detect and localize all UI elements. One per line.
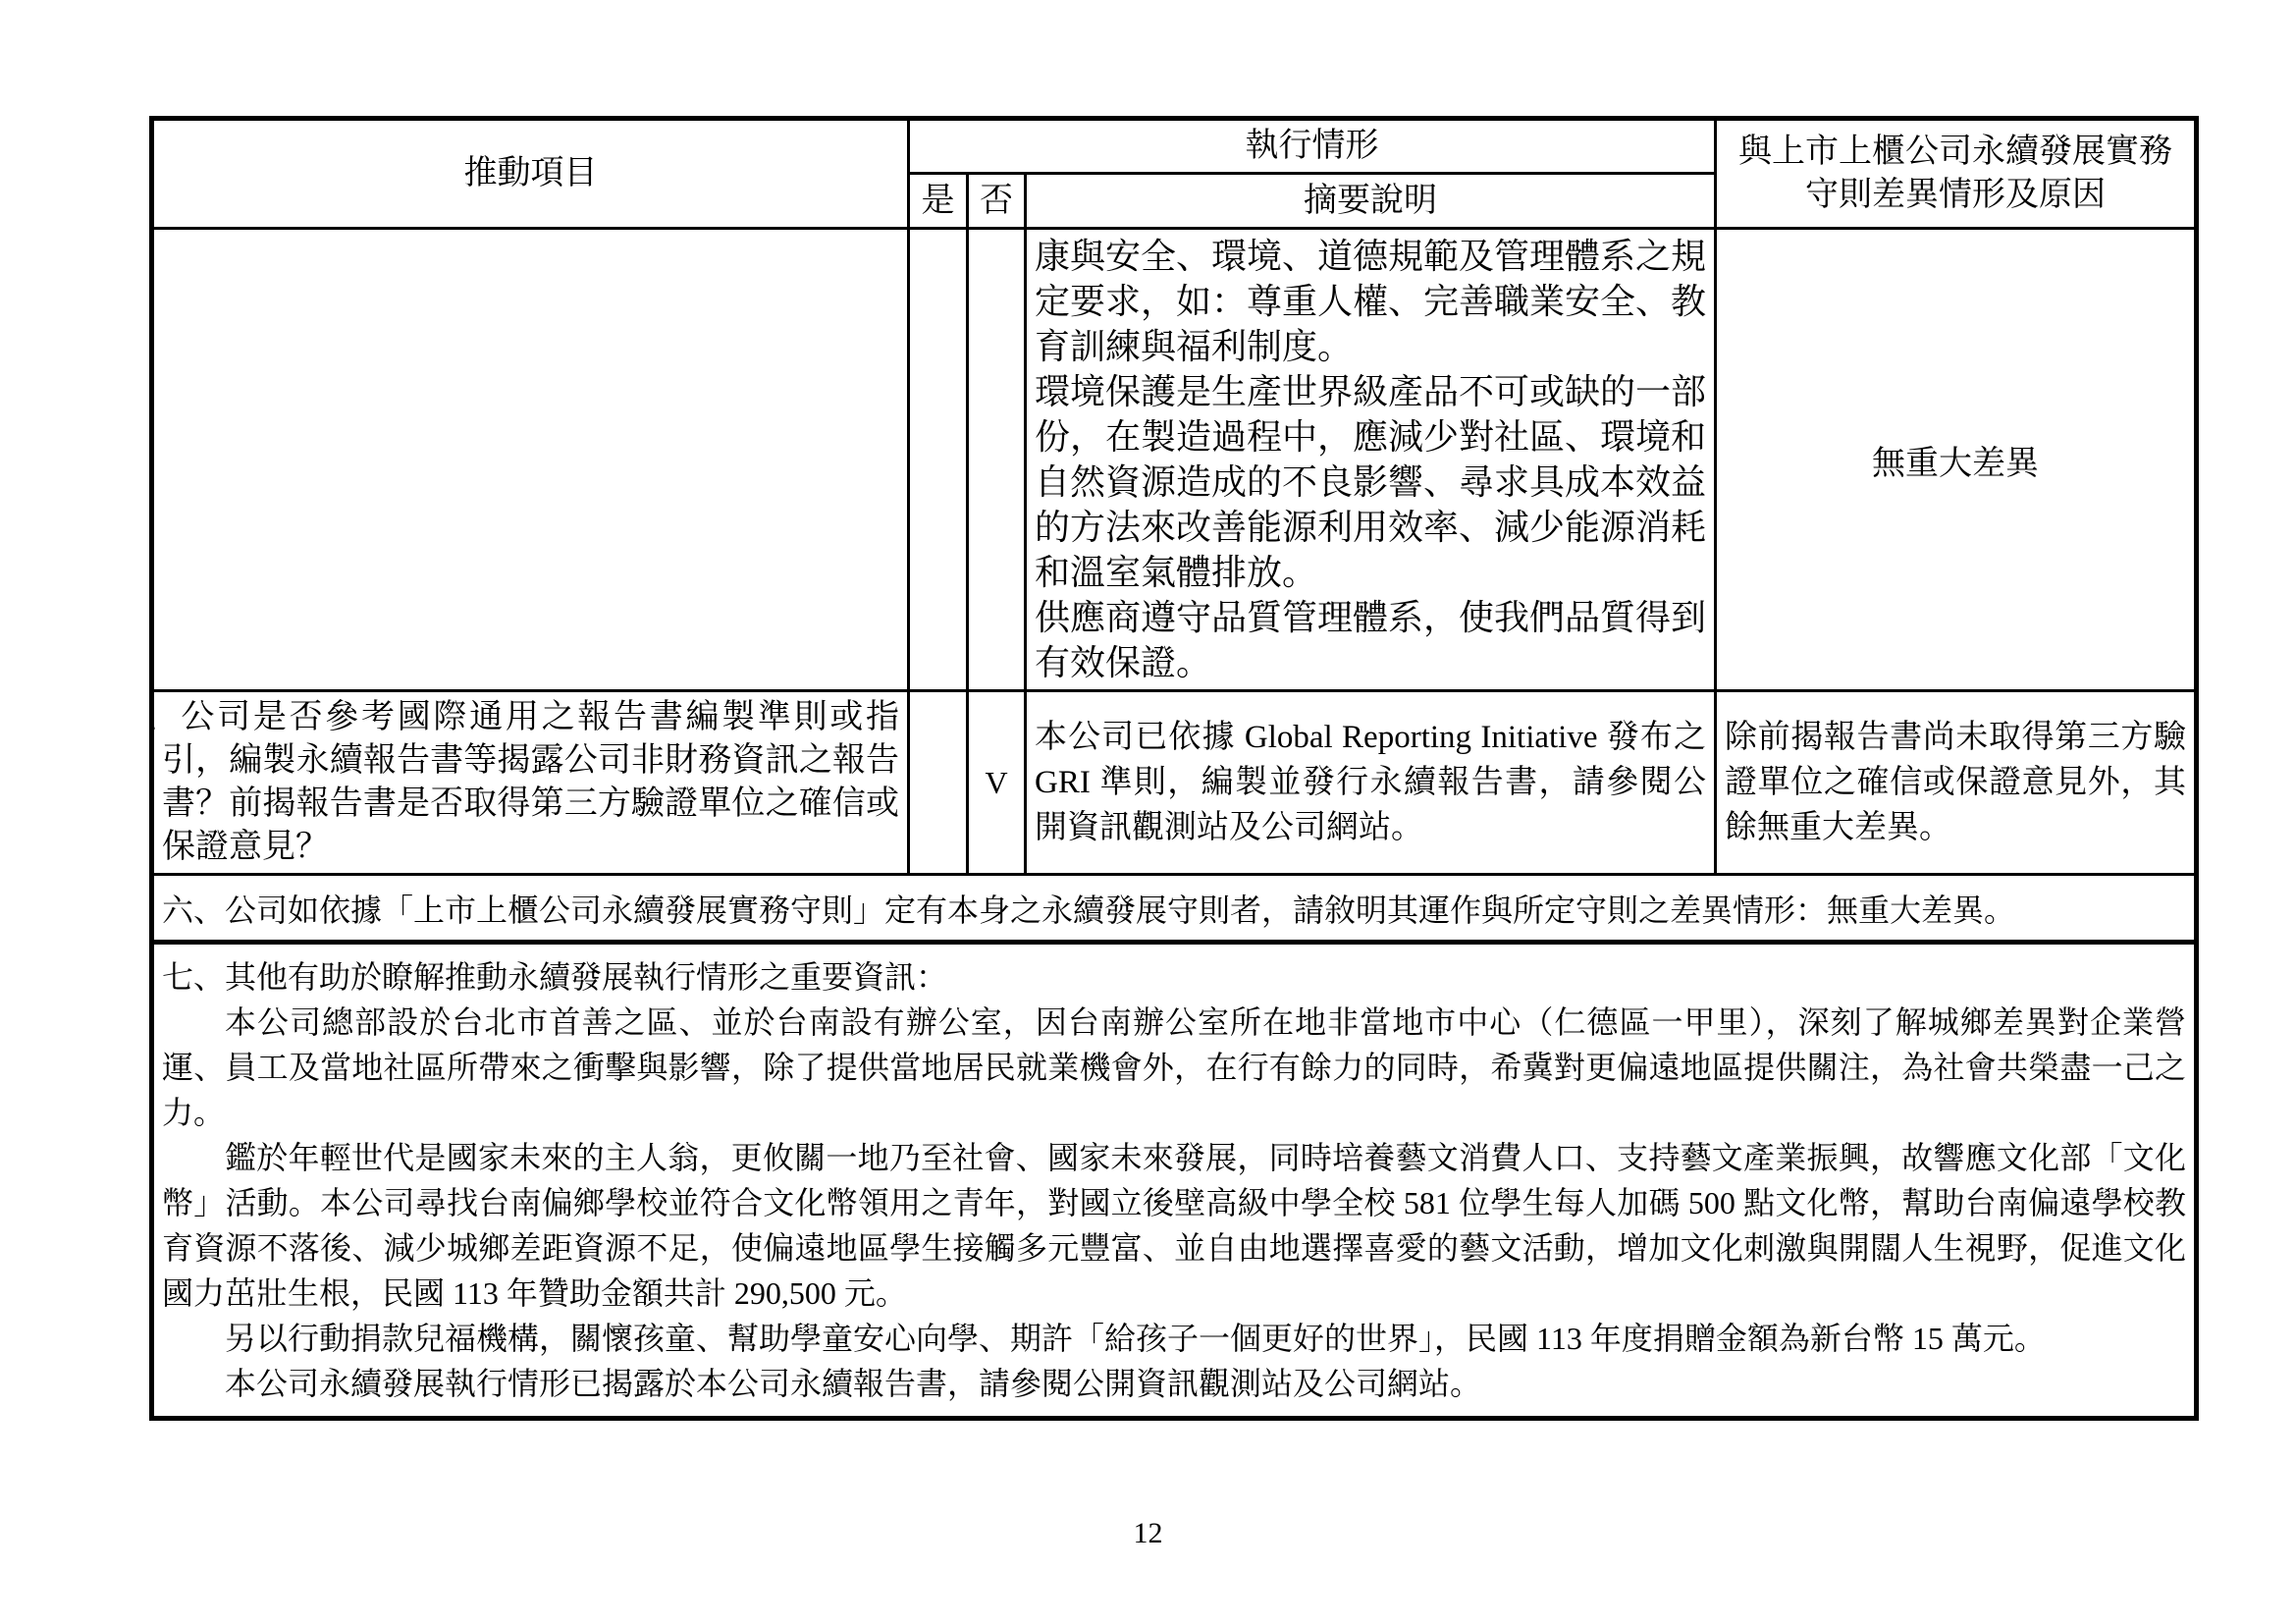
table-row-five: 五、公司是否參考國際通用之報告書編製準則或指引，編製永續報告書等揭露公司非財務資… [152, 691, 2197, 875]
row-seven-paragraph-1: 本公司總部設於台北市首善之區、並於台南設有辦公室，因台南辦公室所在地非當地市中心… [162, 1000, 2186, 1135]
continuation-no-cell [968, 229, 1026, 691]
row-seven-paragraph-4: 本公司永續發展執行情形已揭露於本公司永續報告書，請參閱公開資訊觀測站及公司網站。 [162, 1361, 2186, 1406]
document-page: 推動項目 執行情形 與上市上櫃公司永續發展實務守則差異情形及原因 是 否 摘要說… [0, 0, 2296, 1624]
table-row-six: 六、公司如依據「上市上櫃公司永續發展實務守則」定有本身之永續發展守則者，請敘明其… [152, 875, 2197, 943]
header-difference-column: 與上市上櫃公司永續發展實務守則差異情形及原因 [1716, 119, 2197, 229]
header-yes-column: 是 [909, 174, 968, 229]
row-five-yes-cell [909, 691, 968, 875]
header-execution-column: 執行情形 [909, 119, 1716, 174]
continuation-yes-cell [909, 229, 968, 691]
header-no-column: 否 [968, 174, 1026, 229]
header-summary-column: 摘要說明 [1026, 174, 1716, 229]
row-seven-intro: 七、其他有助於瞭解推動永續發展執行情形之重要資訊： [162, 954, 2186, 1000]
table-row-seven: 七、其他有助於瞭解推動永續發展執行情形之重要資訊： 本公司總部設於台北市首善之區… [152, 943, 2197, 1419]
continuation-summary-text: 康與安全、環境、道德規範及管理體系之規定要求，如：尊重人權、完善職業安全、教育訓… [1026, 229, 1716, 691]
row-five-summary-text: 本公司已依據 Global Reporting Initiative 發布之 G… [1026, 691, 1716, 875]
row-five-no-checkmark: V [968, 691, 1026, 875]
header-item-column: 推動項目 [152, 119, 909, 229]
page-number: 12 [0, 1517, 2296, 1550]
table-row-continuation: 康與安全、環境、道德規範及管理體系之規定要求，如：尊重人權、完善職業安全、教育訓… [152, 229, 2197, 691]
sustainability-implementation-table: 推動項目 執行情形 與上市上櫃公司永續發展實務守則差異情形及原因 是 否 摘要說… [149, 116, 2199, 1421]
row-seven-paragraph-3: 另以行動捐款兒福機構，關懷孩童、幫助學童安心向學、期許「給孩子一個更好的世界」，… [162, 1316, 2186, 1361]
row-five-difference-text: 除前揭報告書尚未取得第三方驗證單位之確信或保證意見外，其餘無重大差異。 [1716, 691, 2197, 875]
continuation-difference-text: 無重大差異 [1716, 229, 2197, 691]
row-six-text: 六、公司如依據「上市上櫃公司永續發展實務守則」定有本身之永續發展守則者，請敘明其… [152, 875, 2197, 943]
continuation-item-cell [152, 229, 909, 691]
row-seven-paragraph-2: 鑑於年輕世代是國家未來的主人翁，更攸關一地乃至社會、國家未來發展，同時培養藝文消… [162, 1135, 2186, 1316]
table-header-row-1: 推動項目 執行情形 與上市上櫃公司永續發展實務守則差異情形及原因 [152, 119, 2197, 174]
row-seven-cell: 七、其他有助於瞭解推動永續發展執行情形之重要資訊： 本公司總部設於台北市首善之區… [152, 943, 2197, 1419]
row-five-item-text: 五、公司是否參考國際通用之報告書編製準則或指引，編製永續報告書等揭露公司非財務資… [152, 691, 909, 875]
